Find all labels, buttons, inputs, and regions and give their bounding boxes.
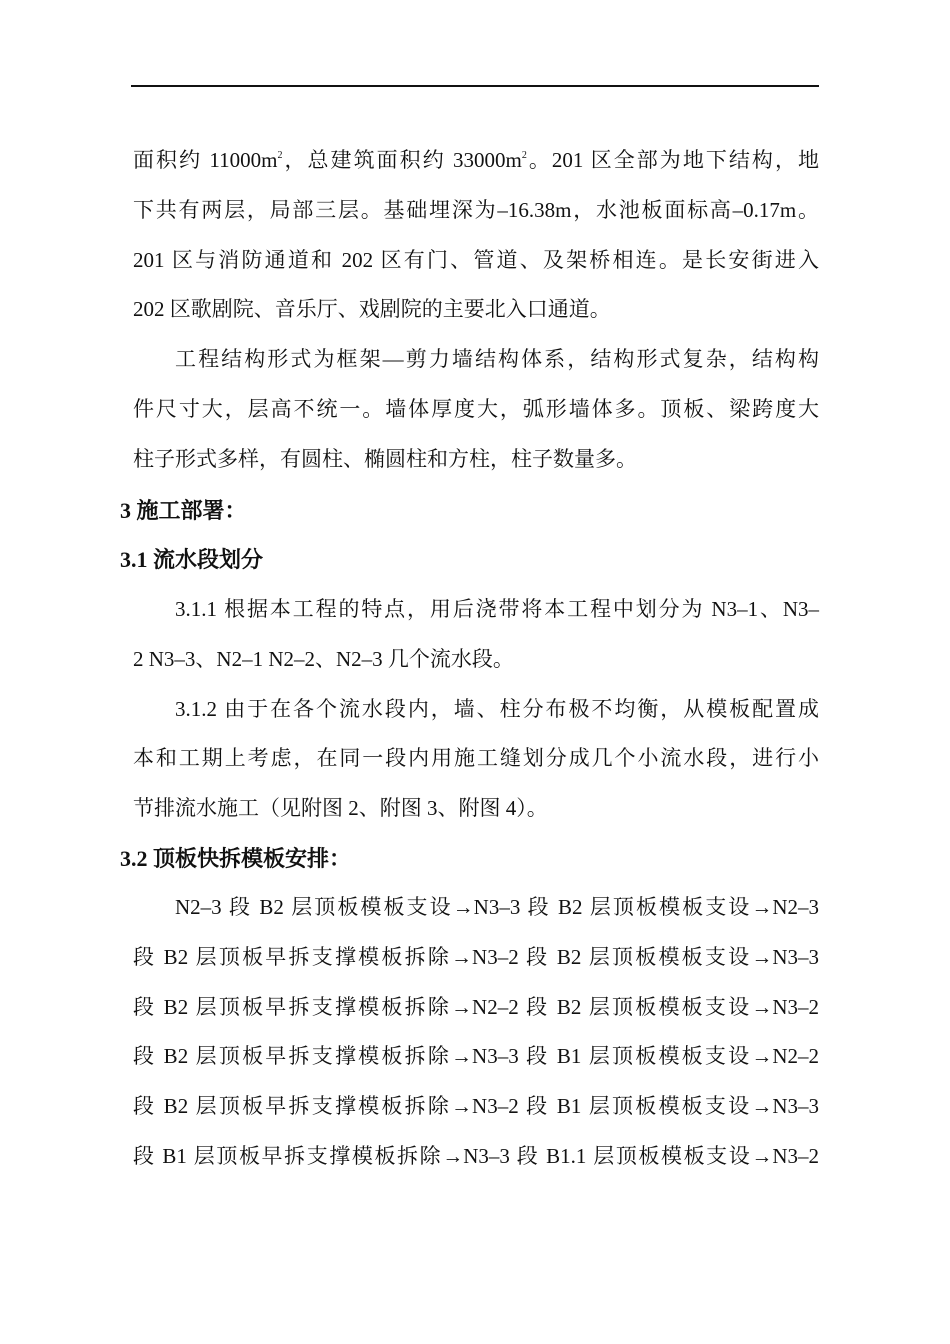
- section-heading: 3.2 顶板快拆模板安排：: [120, 845, 351, 873]
- text-run: 。201 区全部为地下结构，地: [527, 148, 819, 172]
- body-line: 201 区与消防通道和 202 区有门、管道、及架桥相连。是长安街进入: [133, 246, 819, 274]
- body-line: 段 B1 层顶板早拆支撑模板拆除→N3–3 段 B1.1 层顶板模板支设→N3–…: [133, 1142, 819, 1170]
- body-line: 工程结构形式为框架—剪力墙结构体系，结构形式复杂，结构构: [175, 345, 819, 373]
- body-line: 下共有两层，局部三层。基础埋深为–16.38m，水池板面标高–0.17m。: [133, 196, 819, 224]
- body-line: 段 B2 层顶板早拆支撑模板拆除→N3–3 段 B1 层顶板模板支设→N2–2: [133, 1042, 819, 1070]
- body-line: 3.1.1 根据本工程的特点，用后浇带将本工程中划分为 N3–1、N3–: [175, 595, 819, 623]
- section-heading: 3 施工部署：: [120, 497, 247, 525]
- text-run: 面积约 11000m: [133, 148, 277, 172]
- header-rule: [131, 85, 819, 87]
- body-line: N2–3 段 B2 层顶板模板支设→N3–3 段 B2 层顶板模板支设→N2–3: [175, 893, 819, 921]
- body-line: 件尺寸大，层高不统一。墙体厚度大，弧形墙体多。顶板、梁跨度大: [133, 395, 819, 423]
- body-line: 面积约 11000m2，总建筑面积约 33000m2。201 区全部为地下结构，…: [133, 146, 819, 174]
- body-line: 3.1.2 由于在各个流水段内，墙、柱分布极不均衡，从模板配置成: [175, 695, 819, 723]
- body-line: 2 N3–3、N2–1 N2–2、N2–3 几个流水段。: [133, 645, 819, 673]
- body-line: 段 B2 层顶板早拆支撑模板拆除→N3–2 段 B1 层顶板模板支设→N3–3: [133, 1092, 819, 1120]
- body-line: 段 B2 层顶板早拆支撑模板拆除→N2–2 段 B2 层顶板模板支设→N3–2: [133, 993, 819, 1021]
- body-line: 节排流水施工（见附图 2、附图 3、附图 4）。: [133, 794, 819, 822]
- body-line: 柱子形式多样，有圆柱、椭圆柱和方柱，柱子数量多。: [133, 445, 819, 473]
- body-line: 段 B2 层顶板早拆支撑模板拆除→N3–2 段 B2 层顶板模板支设→N3–3: [133, 943, 819, 971]
- body-line: 本和工期上考虑，在同一段内用施工缝划分成几个小流水段，进行小: [133, 744, 819, 772]
- text-run: ，总建筑面积约 33000m: [282, 148, 521, 172]
- section-heading: 3.1 流水段划分: [120, 546, 263, 574]
- body-line: 202 区歌剧院、音乐厅、戏剧院的主要北入口通道。: [133, 295, 819, 323]
